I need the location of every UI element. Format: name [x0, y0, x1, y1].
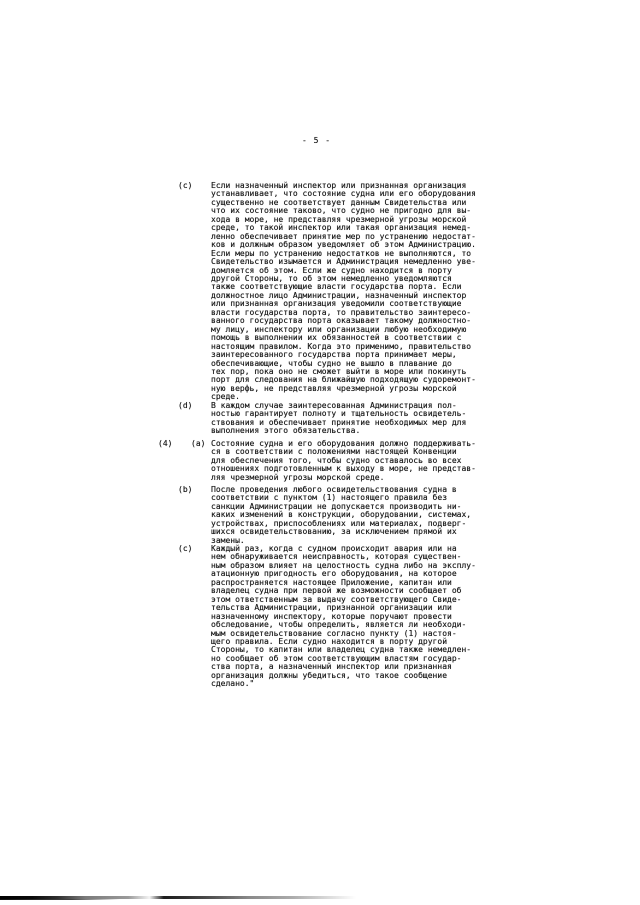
- page-number: - 5 -: [302, 136, 331, 145]
- scan-artifact-bottom-line-secondary: [0, 899, 120, 900]
- clause-label-b: (b): [178, 486, 192, 494]
- document-page: - 5 - (c) Если назначенный инспектор или…: [0, 0, 640, 905]
- clause-label-4a: (a): [191, 440, 205, 448]
- clause-label-c2: (c): [178, 545, 192, 553]
- clause-body-c1: Если назначенный инспектор или признанна…: [211, 182, 476, 402]
- clause-number-4: (4): [158, 440, 172, 448]
- clause-label-c1: (c): [178, 182, 192, 190]
- clause-body-d: В каждом случае заинтересованная Админис…: [211, 402, 466, 436]
- clause-body-c2: Каждый раз, когда с судном происходит ав…: [211, 545, 476, 689]
- clause-body-4a: Состояние судна и его оборудования должн…: [211, 440, 476, 482]
- clause-body-b: После проведения любого освидетельствова…: [211, 486, 471, 545]
- clause-label-d: (d): [178, 402, 192, 410]
